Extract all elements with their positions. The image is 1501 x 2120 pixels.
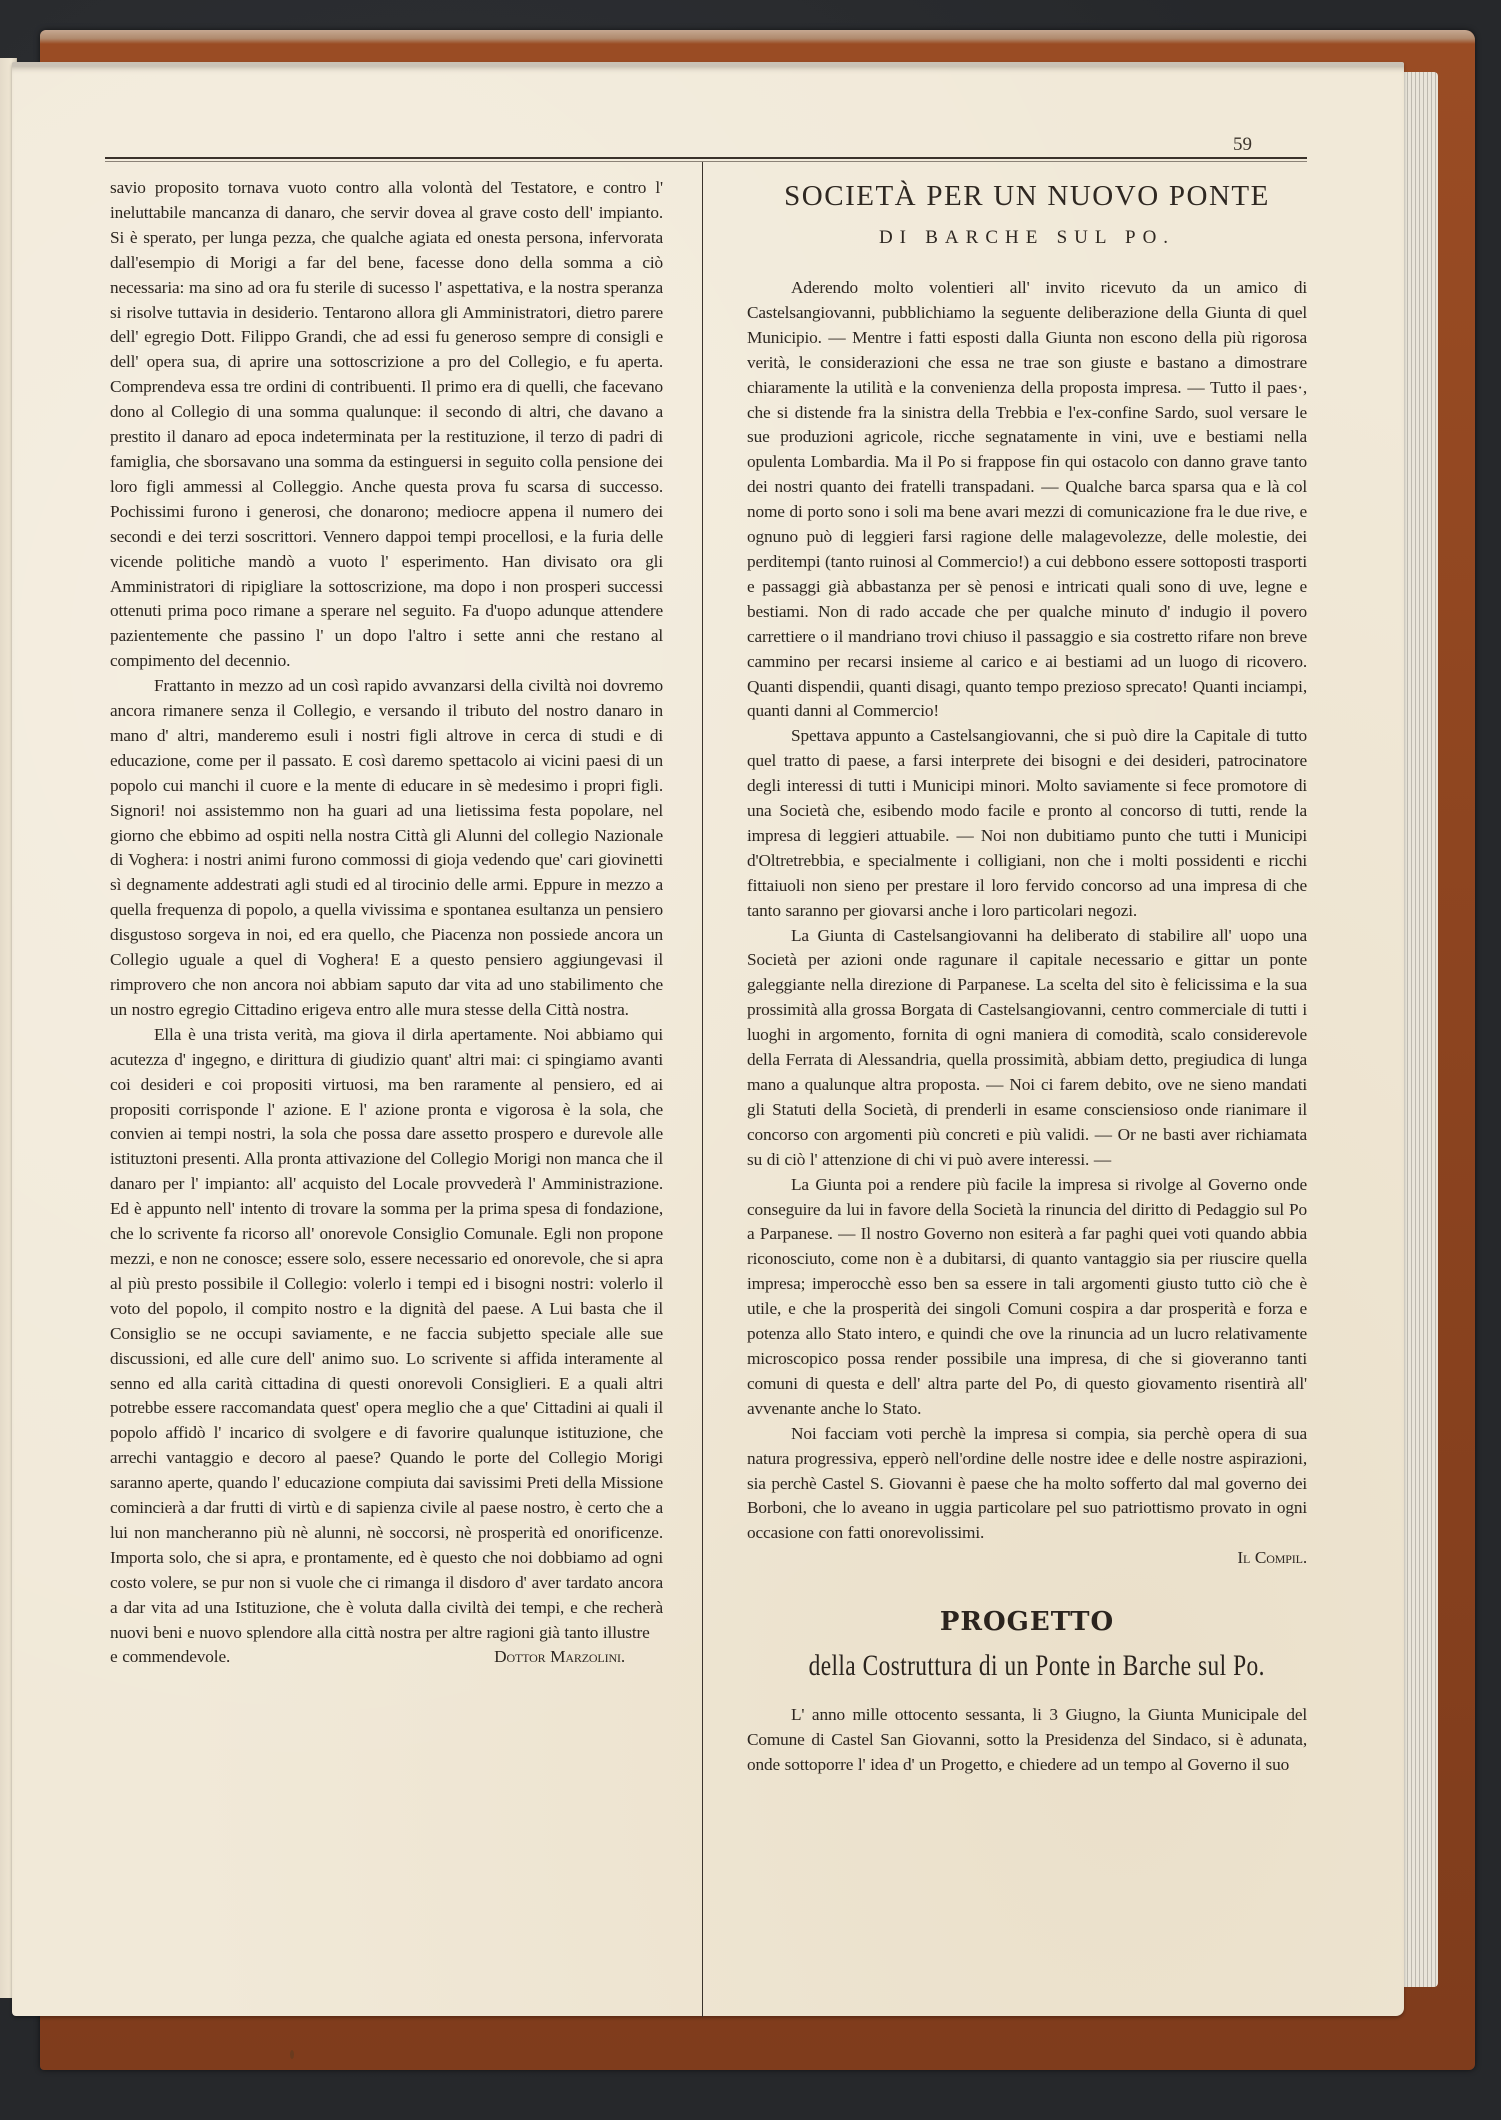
author-signature: Dottor Marzolini.: [494, 1645, 663, 1670]
paragraph: La Giunta poi a rendere più facile la im…: [747, 1173, 1307, 1422]
page-number: 59: [1233, 134, 1252, 156]
section-heading: PROGETTO: [747, 1605, 1307, 1639]
article-subtitle: DI BARCHE SUL PO.: [747, 224, 1307, 252]
paragraph: L' anno mille ottocento sessanta, li 3 G…: [747, 1703, 1307, 1778]
editor-signoff: Il Compil.: [1237, 1546, 1307, 1571]
paragraph: Noi facciam voti perchè la impresa si co…: [747, 1422, 1307, 1547]
paragraph: Aderendo molto volentieri all' invito ri…: [747, 276, 1307, 724]
scan-background: 59 savio proposito tornava vuoto contro …: [0, 0, 1501, 2120]
section-subheading: della Costruttura di un Ponte in Barche …: [809, 1643, 1246, 1689]
document-page: 59 savio proposito tornava vuoto contro …: [12, 62, 1404, 2016]
column-divider: [702, 162, 703, 2017]
right-column: SOCIETÀ PER UN NUOVO PONTE DI BARCHE SUL…: [747, 176, 1307, 1778]
page-edges: [1400, 72, 1438, 1987]
paragraph: La Giunta di Castelsangiovanni ha delibe…: [747, 924, 1307, 1173]
ink-spot: [290, 2050, 294, 2059]
signature-line: e commendevole. Dottor Marzolini.: [110, 1645, 663, 1670]
editor-signoff-line: Il Compil.: [747, 1546, 1307, 1571]
left-column: savio proposito tornava vuoto contro all…: [110, 176, 663, 1670]
paragraph: Spettava appunto a Castelsangiovanni, ch…: [747, 724, 1307, 923]
closing-text: e commendevole.: [110, 1645, 230, 1670]
header-rule: [105, 157, 1307, 159]
paragraph: Ella è una trista verità, ma giova il di…: [110, 1023, 663, 1646]
article-title: SOCIETÀ PER UN NUOVO PONTE: [747, 176, 1307, 216]
paragraph: savio proposito tornava vuoto contro all…: [110, 176, 663, 674]
paragraph: Frattanto in mezzo ad un così rapido avv…: [110, 674, 663, 1023]
